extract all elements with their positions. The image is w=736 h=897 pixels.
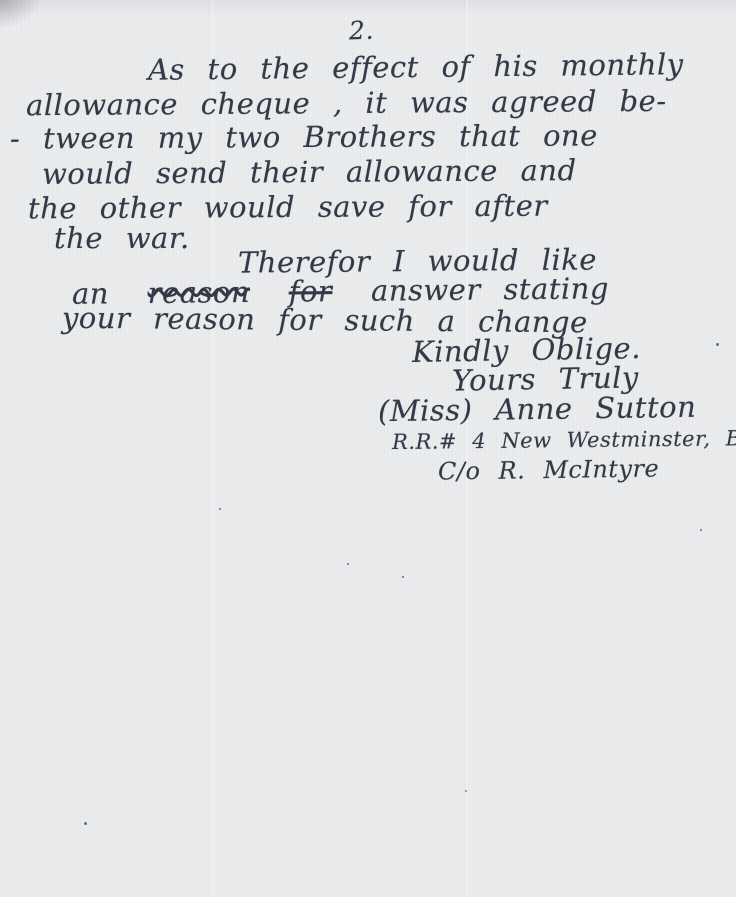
letter-line-3: - tween my two Brothers that one xyxy=(10,118,598,155)
paper-speck xyxy=(347,563,349,565)
scan-corner-shadow xyxy=(0,0,46,32)
care-of-line: C/o R. McIntyre xyxy=(438,454,660,485)
letter-line-6: the war. xyxy=(54,221,190,255)
scanned-letter-page: 2. As to the effect of his monthly allow… xyxy=(0,0,736,897)
letter-line-4: would send their allowance and xyxy=(42,153,577,191)
letter-line-5: the other would save for after xyxy=(28,189,548,226)
scan-edge-shadow xyxy=(0,0,736,16)
page-number: 2. xyxy=(349,16,375,46)
signature: (Miss) Anne Sutton xyxy=(378,390,697,428)
letter-line-2: allowance cheque , it was agreed be- xyxy=(26,84,667,122)
address-line: R.R.# 4 New Westminster, B.C. xyxy=(392,426,736,454)
paper-speck xyxy=(716,343,719,346)
paper-speck xyxy=(219,508,221,510)
paper-speck xyxy=(84,822,87,825)
paper-speck xyxy=(700,529,702,531)
letter-words: answer stating xyxy=(371,271,609,307)
paper-speck xyxy=(465,790,467,792)
letter-line-1: As to the effect of his monthly xyxy=(148,47,684,87)
paper-speck xyxy=(402,576,404,578)
